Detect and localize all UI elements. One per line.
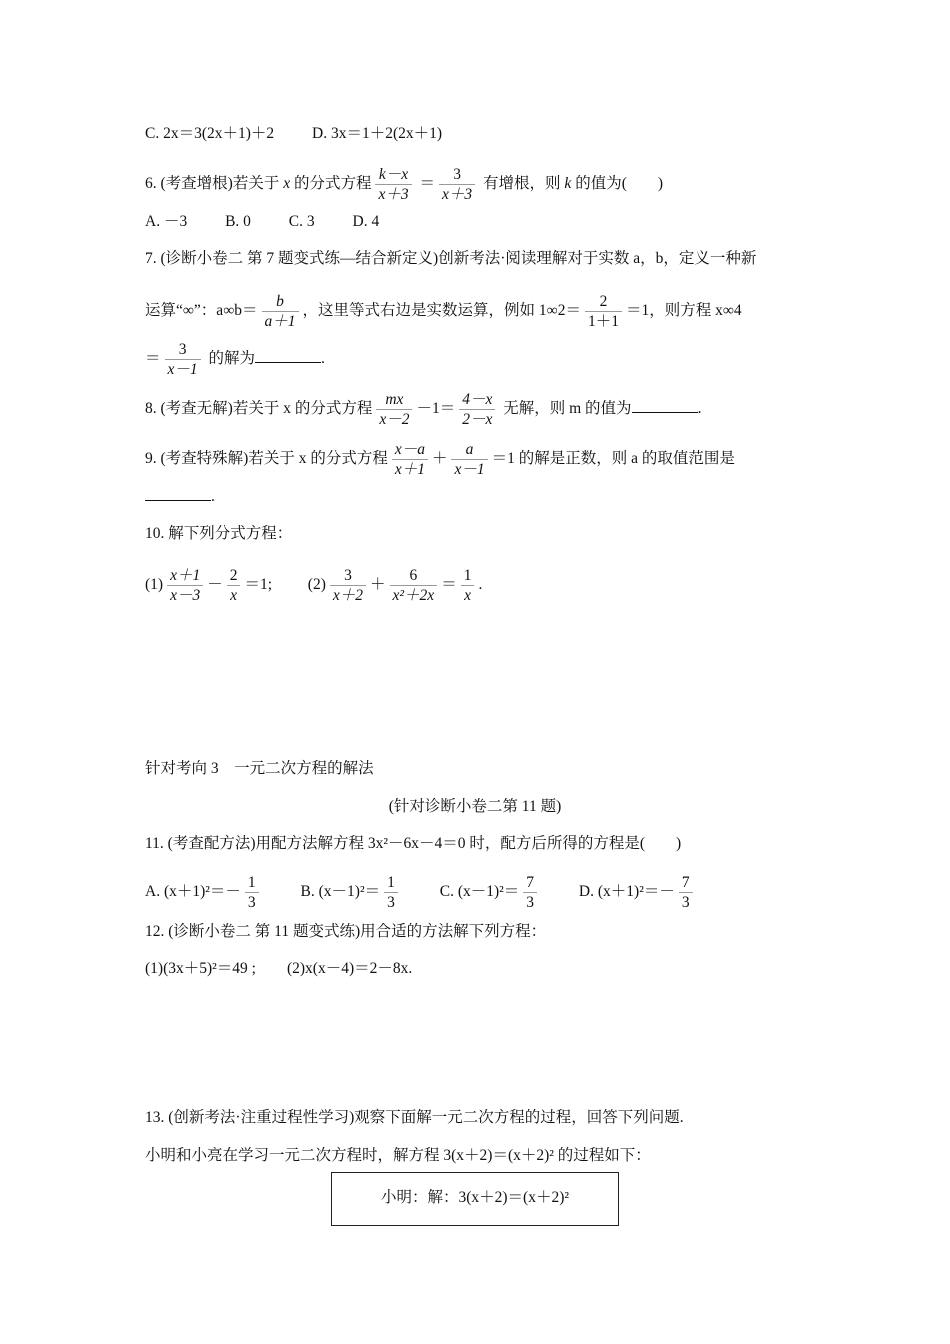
q7-answer-blank[interactable]: [255, 348, 321, 363]
q5-options: C. 2x＝3(2x＋1)＋2 D. 3x＝1＋2(2x＋1): [145, 124, 442, 144]
q8-answer-blank[interactable]: [632, 398, 698, 413]
q9-answer-blank[interactable]: [145, 486, 211, 501]
q6-options: A. －3 B. 0 C. 3 D. 4: [145, 212, 413, 232]
q6-prefix: 6. (考查增根)若关于: [145, 175, 279, 192]
q9-fraction-1: x－ax＋1: [392, 440, 428, 479]
section-subheading: (针对诊断小卷二第 11 题): [0, 797, 950, 817]
q9-fraction-2: ax－1: [451, 440, 487, 479]
q13-stem: 13. (创新考法·注重过程性学习)观察下面解一元二次方程的过程，回答下列问题.: [145, 1108, 684, 1128]
q11-options: A. (x＋1)²＝－13 B. (x－1)²＝13 C. (x－1)²＝73 …: [145, 873, 731, 912]
q7-fraction-1: ba＋1: [262, 292, 299, 331]
q10-title: 10. 解下列分式方程：: [145, 524, 292, 544]
q6-fraction-1: k－xx＋3: [375, 165, 411, 204]
q6-option-c: C. 3: [289, 212, 315, 232]
q6-option-b: B. 0: [225, 212, 251, 232]
q11-option-b: B. (x－1)²＝13: [301, 873, 402, 912]
q5-option-d: D. 3x＝1＋2(2x＋1): [312, 125, 442, 142]
q6-option-d: D. 4: [353, 212, 380, 232]
q11-stem: 11. (考查配方法)用配方法解方程 3x²－6x－4＝0 时，配方后所得的方程…: [145, 834, 681, 854]
q11-option-d: D. (x＋1)²＝－73: [579, 873, 697, 912]
q10-p2-fraction-3: 1x: [461, 566, 475, 605]
q10-parts: (1)x＋1x－3－2x＝1; (2)3x＋2＋6x²＋2x＝1x.: [145, 566, 482, 605]
q12-stem: 12. (诊断小卷二 第 11 题变式练)用合适的方法解下列方程：: [145, 922, 546, 942]
q11-option-c: C. (x－1)²＝73: [440, 873, 541, 912]
q8-fraction-1: mxx－2: [376, 390, 412, 429]
question-9: 9. (考查特殊解)若关于 x 的分式方程x－ax＋1＋ax－1＝1 的解是正数…: [145, 440, 735, 479]
q7-line-1: 7. (诊断小卷二 第 7 题变式练—结合新定义)创新考法·阅读理解对于实数 a…: [145, 249, 756, 269]
q6-fraction-2: 3x＋3: [439, 165, 475, 204]
q7-fraction-3: 3x－1: [165, 340, 201, 379]
q10-p2-fraction-1: 3x＋2: [330, 566, 366, 605]
q10-p2-fraction-2: 6x²＋2x: [390, 566, 438, 605]
q5-option-c: C. 2x＝3(2x＋1)＋2: [145, 124, 274, 144]
solution-box: 小明：解：3(x＋2)＝(x＋2)²: [331, 1172, 619, 1226]
question-6: 6. (考查增根)若关于 x 的分式方程k－xx＋3 ＝3x＋3 有增根，则 k…: [145, 165, 663, 204]
q6-mid: 的分式方程: [294, 175, 372, 192]
q9-answer-line: .: [145, 486, 215, 507]
q6-var: x: [283, 175, 290, 192]
q10-p1-fraction-2: 2x: [227, 566, 241, 605]
q13-intro: 小明和小亮在学习一元二次方程时，解方程 3(x＋2)＝(x＋2)² 的过程如下：: [145, 1146, 651, 1166]
q7-fraction-2: 21＋1: [585, 292, 622, 331]
q8-fraction-2: 4－x2－x: [459, 390, 495, 429]
q7-line-2: 运算“∞”：a∞b＝ba＋1，这里等式右边是实数运算，例如 1∞2＝21＋1＝1…: [145, 292, 742, 331]
solution-box-text: 小明：解：3(x＋2)＝(x＋2)²: [381, 1189, 569, 1206]
q7-line-3: ＝3x－1 的解为.: [145, 340, 325, 379]
question-8: 8. (考查无解)若关于 x 的分式方程mxx－2－1＝4－x2－x 无解，则 …: [145, 390, 701, 429]
q6-option-a: A. －3: [145, 212, 187, 232]
q11-option-a: A. (x＋1)²＝－13: [145, 873, 263, 912]
q12-parts: (1)(3x＋5)²＝49 ; (2)x(x－4)＝2－8x.: [145, 959, 412, 979]
q10-p1-fraction-1: x＋1x－3: [167, 566, 203, 605]
section-heading: 针对考向 3 一元二次方程的解法: [145, 759, 374, 779]
